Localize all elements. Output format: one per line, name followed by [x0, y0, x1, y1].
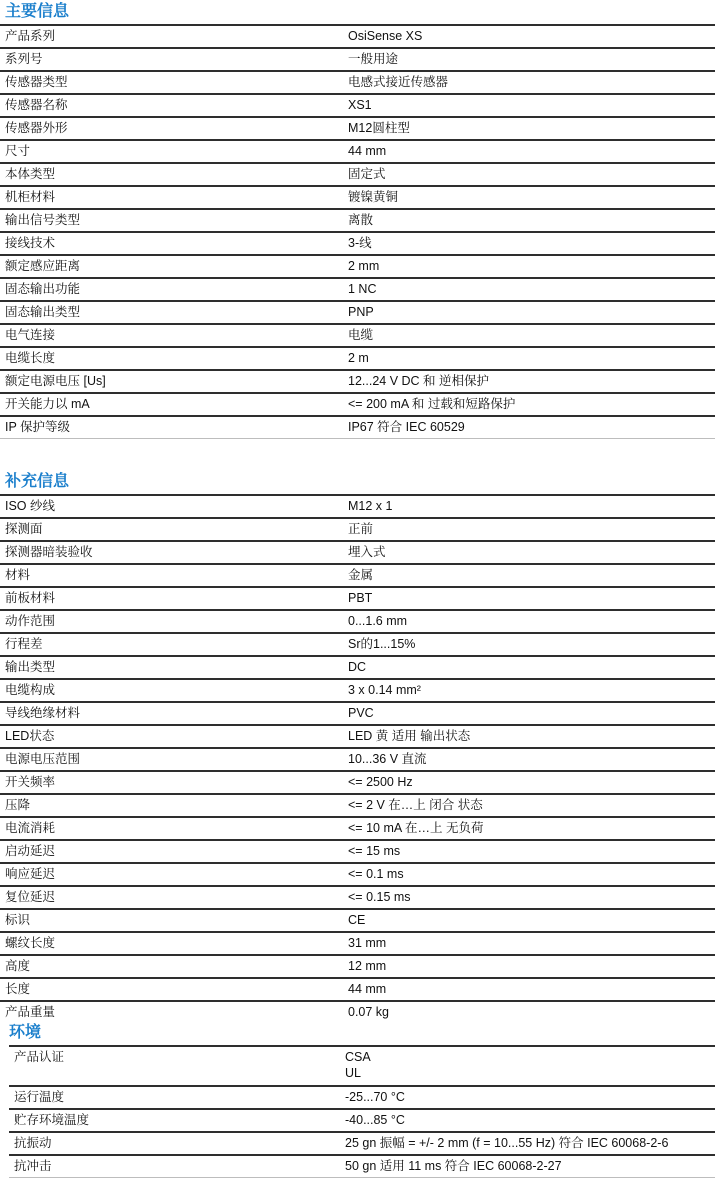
row-label: 响应延迟 — [0, 864, 343, 885]
table-end-divider — [9, 1177, 715, 1178]
table-row: 材料金属 — [0, 563, 715, 586]
row-label: 前板材料 — [0, 588, 343, 609]
row-value: 25 gn 振幅 = +/- 2 mm (f = 10...55 Hz) 符合 … — [340, 1133, 715, 1154]
row-value: 3 x 0.14 mm² — [343, 680, 715, 701]
row-label: 电缆长度 — [0, 348, 343, 369]
table-row: 行程差Sr的1...15% — [0, 632, 715, 655]
row-value: 31 mm — [343, 933, 715, 954]
row-label: 尺寸 — [0, 141, 343, 162]
section-main-info: 主要信息 产品系列OsiSense XS系列号一般用途传感器类型电感式接近传感器… — [0, 2, 715, 439]
spec-table-supplementary: ISO 纱线M12 x 1探测面正前探测器暗装验收埋入式材料金属前板材料PBT动… — [0, 494, 715, 1023]
section-title: 主要信息 — [0, 2, 715, 24]
row-label: 探测器暗装验收 — [0, 542, 343, 563]
section-title: 补充信息 — [0, 472, 715, 494]
row-value-line: CSA — [345, 1049, 715, 1065]
row-value: 12...24 V DC 和 逆相保护 — [343, 371, 715, 392]
row-value: LED 黄 适用 输出状态 — [343, 726, 715, 747]
row-label: 传感器类型 — [0, 72, 343, 93]
row-value-line: UL — [345, 1065, 715, 1081]
row-label: 系列号 — [0, 49, 343, 70]
row-label: IP 保护等级 — [0, 417, 343, 438]
table-row: 开关能力以 mA<= 200 mA 和 过载和短路保护 — [0, 392, 715, 415]
row-label: 产品认证 — [9, 1047, 340, 1085]
table-row: 贮存环境温度-40...85 °C — [9, 1108, 715, 1131]
table-row: 机柜材料镀镍黄铜 — [0, 185, 715, 208]
table-row: 电缆构成3 x 0.14 mm² — [0, 678, 715, 701]
row-value: PVC — [343, 703, 715, 724]
table-row: 固态输出类型PNP — [0, 300, 715, 323]
row-label: 压降 — [0, 795, 343, 816]
table-row: 标识CE — [0, 908, 715, 931]
row-value: 44 mm — [343, 141, 715, 162]
row-value: 金属 — [343, 565, 715, 586]
row-label: 输出类型 — [0, 657, 343, 678]
row-value: XS1 — [343, 95, 715, 116]
table-row: 长度44 mm — [0, 977, 715, 1000]
row-value: M12圆柱型 — [343, 118, 715, 139]
row-label: 高度 — [0, 956, 343, 977]
table-row: 产品认证CSAUL — [9, 1045, 715, 1085]
row-value: PBT — [343, 588, 715, 609]
row-value: <= 2500 Hz — [343, 772, 715, 793]
table-row: 输出类型DC — [0, 655, 715, 678]
row-value: <= 10 mA 在…上 无负荷 — [343, 818, 715, 839]
table-row: 导线绝缘材料PVC — [0, 701, 715, 724]
row-value: 一般用途 — [343, 49, 715, 70]
table-row: 探测器暗装验收埋入式 — [0, 540, 715, 563]
table-row: 压降<= 2 V 在…上 闭合 状态 — [0, 793, 715, 816]
row-value: 镀镍黄铜 — [343, 187, 715, 208]
spec-table-environment: 产品认证CSAUL运行温度-25...70 °C贮存环境温度-40...85 °… — [9, 1045, 715, 1177]
row-value: -25...70 °C — [340, 1087, 715, 1108]
row-value: 正前 — [343, 519, 715, 540]
section-title: 环境 — [9, 1023, 715, 1045]
table-row: 探测面正前 — [0, 517, 715, 540]
row-value: 固定式 — [343, 164, 715, 185]
row-label: 开关能力以 mA — [0, 394, 343, 415]
table-row: 额定感应距离2 mm — [0, 254, 715, 277]
row-value: 电缆 — [343, 325, 715, 346]
row-value: <= 15 ms — [343, 841, 715, 862]
row-label: 额定电源电压 [Us] — [0, 371, 343, 392]
row-value: PNP — [343, 302, 715, 323]
spec-table-main: 产品系列OsiSense XS系列号一般用途传感器类型电感式接近传感器传感器名称… — [0, 24, 715, 438]
table-row: 电流消耗<= 10 mA 在…上 无负荷 — [0, 816, 715, 839]
row-label: 复位延迟 — [0, 887, 343, 908]
table-row: 固态输出功能1 NC — [0, 277, 715, 300]
table-row: 抗振动25 gn 振幅 = +/- 2 mm (f = 10...55 Hz) … — [9, 1131, 715, 1154]
row-label: 抗振动 — [9, 1133, 340, 1154]
table-row: LED状态LED 黄 适用 输出状态 — [0, 724, 715, 747]
row-label: 接线技术 — [0, 233, 343, 254]
row-label: 机柜材料 — [0, 187, 343, 208]
row-value: -40...85 °C — [340, 1110, 715, 1131]
row-label: 抗冲击 — [9, 1156, 340, 1177]
row-label: 电缆构成 — [0, 680, 343, 701]
table-row: 高度12 mm — [0, 954, 715, 977]
table-row: 响应延迟<= 0.1 ms — [0, 862, 715, 885]
table-row: 接线技术3-线 — [0, 231, 715, 254]
table-row: 电缆长度2 m — [0, 346, 715, 369]
row-value: 10...36 V 直流 — [343, 749, 715, 770]
table-row: 输出信号类型离散 — [0, 208, 715, 231]
row-label: 行程差 — [0, 634, 343, 655]
table-row: 产品重量0.07 kg — [0, 1000, 715, 1023]
row-value: 3-线 — [343, 233, 715, 254]
row-label: 贮存环境温度 — [9, 1110, 340, 1131]
row-value: CE — [343, 910, 715, 931]
table-row: 传感器外形M12圆柱型 — [0, 116, 715, 139]
row-label: ISO 纱线 — [0, 496, 343, 517]
row-value: DC — [343, 657, 715, 678]
row-value: 1 NC — [343, 279, 715, 300]
table-row: ISO 纱线M12 x 1 — [0, 494, 715, 517]
row-label: 产品重量 — [0, 1002, 343, 1023]
row-label: 产品系列 — [0, 26, 343, 47]
row-label: 螺纹长度 — [0, 933, 343, 954]
row-value: Sr的1...15% — [343, 634, 715, 655]
row-label: 电流消耗 — [0, 818, 343, 839]
row-label: 传感器外形 — [0, 118, 343, 139]
row-value: 离散 — [343, 210, 715, 231]
row-value: <= 200 mA 和 过载和短路保护 — [343, 394, 715, 415]
table-row: IP 保护等级IP67 符合 IEC 60529 — [0, 415, 715, 438]
row-value: 0.07 kg — [343, 1002, 715, 1023]
row-label: 材料 — [0, 565, 343, 586]
section-supplementary-info: 补充信息 ISO 纱线M12 x 1探测面正前探测器暗装验收埋入式材料金属前板材… — [0, 472, 715, 1023]
row-value: 12 mm — [343, 956, 715, 977]
table-row: 尺寸44 mm — [0, 139, 715, 162]
table-row: 复位延迟<= 0.15 ms — [0, 885, 715, 908]
row-value: 0...1.6 mm — [343, 611, 715, 632]
row-value: 2 mm — [343, 256, 715, 277]
row-value: 44 mm — [343, 979, 715, 1000]
row-label: 开关频率 — [0, 772, 343, 793]
row-label: 额定感应距离 — [0, 256, 343, 277]
section-environment: 环境 产品认证CSAUL运行温度-25...70 °C贮存环境温度-40...8… — [9, 1023, 715, 1178]
row-label: 固态输出类型 — [0, 302, 343, 323]
row-value: OsiSense XS — [343, 26, 715, 47]
table-row: 抗冲击50 gn 适用 11 ms 符合 IEC 60068-2-27 — [9, 1154, 715, 1177]
row-label: 动作范围 — [0, 611, 343, 632]
table-row: 前板材料PBT — [0, 586, 715, 609]
row-label: LED状态 — [0, 726, 343, 747]
row-label: 本体类型 — [0, 164, 343, 185]
row-value: 埋入式 — [343, 542, 715, 563]
row-label: 运行温度 — [9, 1087, 340, 1108]
row-value: M12 x 1 — [343, 496, 715, 517]
row-value: 电感式接近传感器 — [343, 72, 715, 93]
row-value: <= 0.1 ms — [343, 864, 715, 885]
row-label: 电源电压范围 — [0, 749, 343, 770]
table-row: 本体类型固定式 — [0, 162, 715, 185]
row-label: 长度 — [0, 979, 343, 1000]
row-value: 2 m — [343, 348, 715, 369]
row-label: 标识 — [0, 910, 343, 931]
row-value: 50 gn 适用 11 ms 符合 IEC 60068-2-27 — [340, 1156, 715, 1177]
table-row: 启动延迟<= 15 ms — [0, 839, 715, 862]
row-value: <= 0.15 ms — [343, 887, 715, 908]
row-value: <= 2 V 在…上 闭合 状态 — [343, 795, 715, 816]
table-row: 动作范围0...1.6 mm — [0, 609, 715, 632]
table-row: 运行温度-25...70 °C — [9, 1085, 715, 1108]
row-label: 传感器名称 — [0, 95, 343, 116]
row-label: 启动延迟 — [0, 841, 343, 862]
table-row: 额定电源电压 [Us]12...24 V DC 和 逆相保护 — [0, 369, 715, 392]
row-label: 导线绝缘材料 — [0, 703, 343, 724]
row-label: 探测面 — [0, 519, 343, 540]
row-label: 固态输出功能 — [0, 279, 343, 300]
table-row: 产品系列OsiSense XS — [0, 24, 715, 47]
table-row: 电气连接电缆 — [0, 323, 715, 346]
table-row: 电源电压范围10...36 V 直流 — [0, 747, 715, 770]
table-end-divider — [0, 438, 715, 439]
table-row: 螺纹长度31 mm — [0, 931, 715, 954]
row-label: 电气连接 — [0, 325, 343, 346]
table-row: 传感器名称XS1 — [0, 93, 715, 116]
table-row: 系列号一般用途 — [0, 47, 715, 70]
table-row: 传感器类型电感式接近传感器 — [0, 70, 715, 93]
row-label: 输出信号类型 — [0, 210, 343, 231]
row-value: IP67 符合 IEC 60529 — [343, 417, 715, 438]
row-value: CSAUL — [340, 1047, 715, 1085]
table-row: 开关频率<= 2500 Hz — [0, 770, 715, 793]
